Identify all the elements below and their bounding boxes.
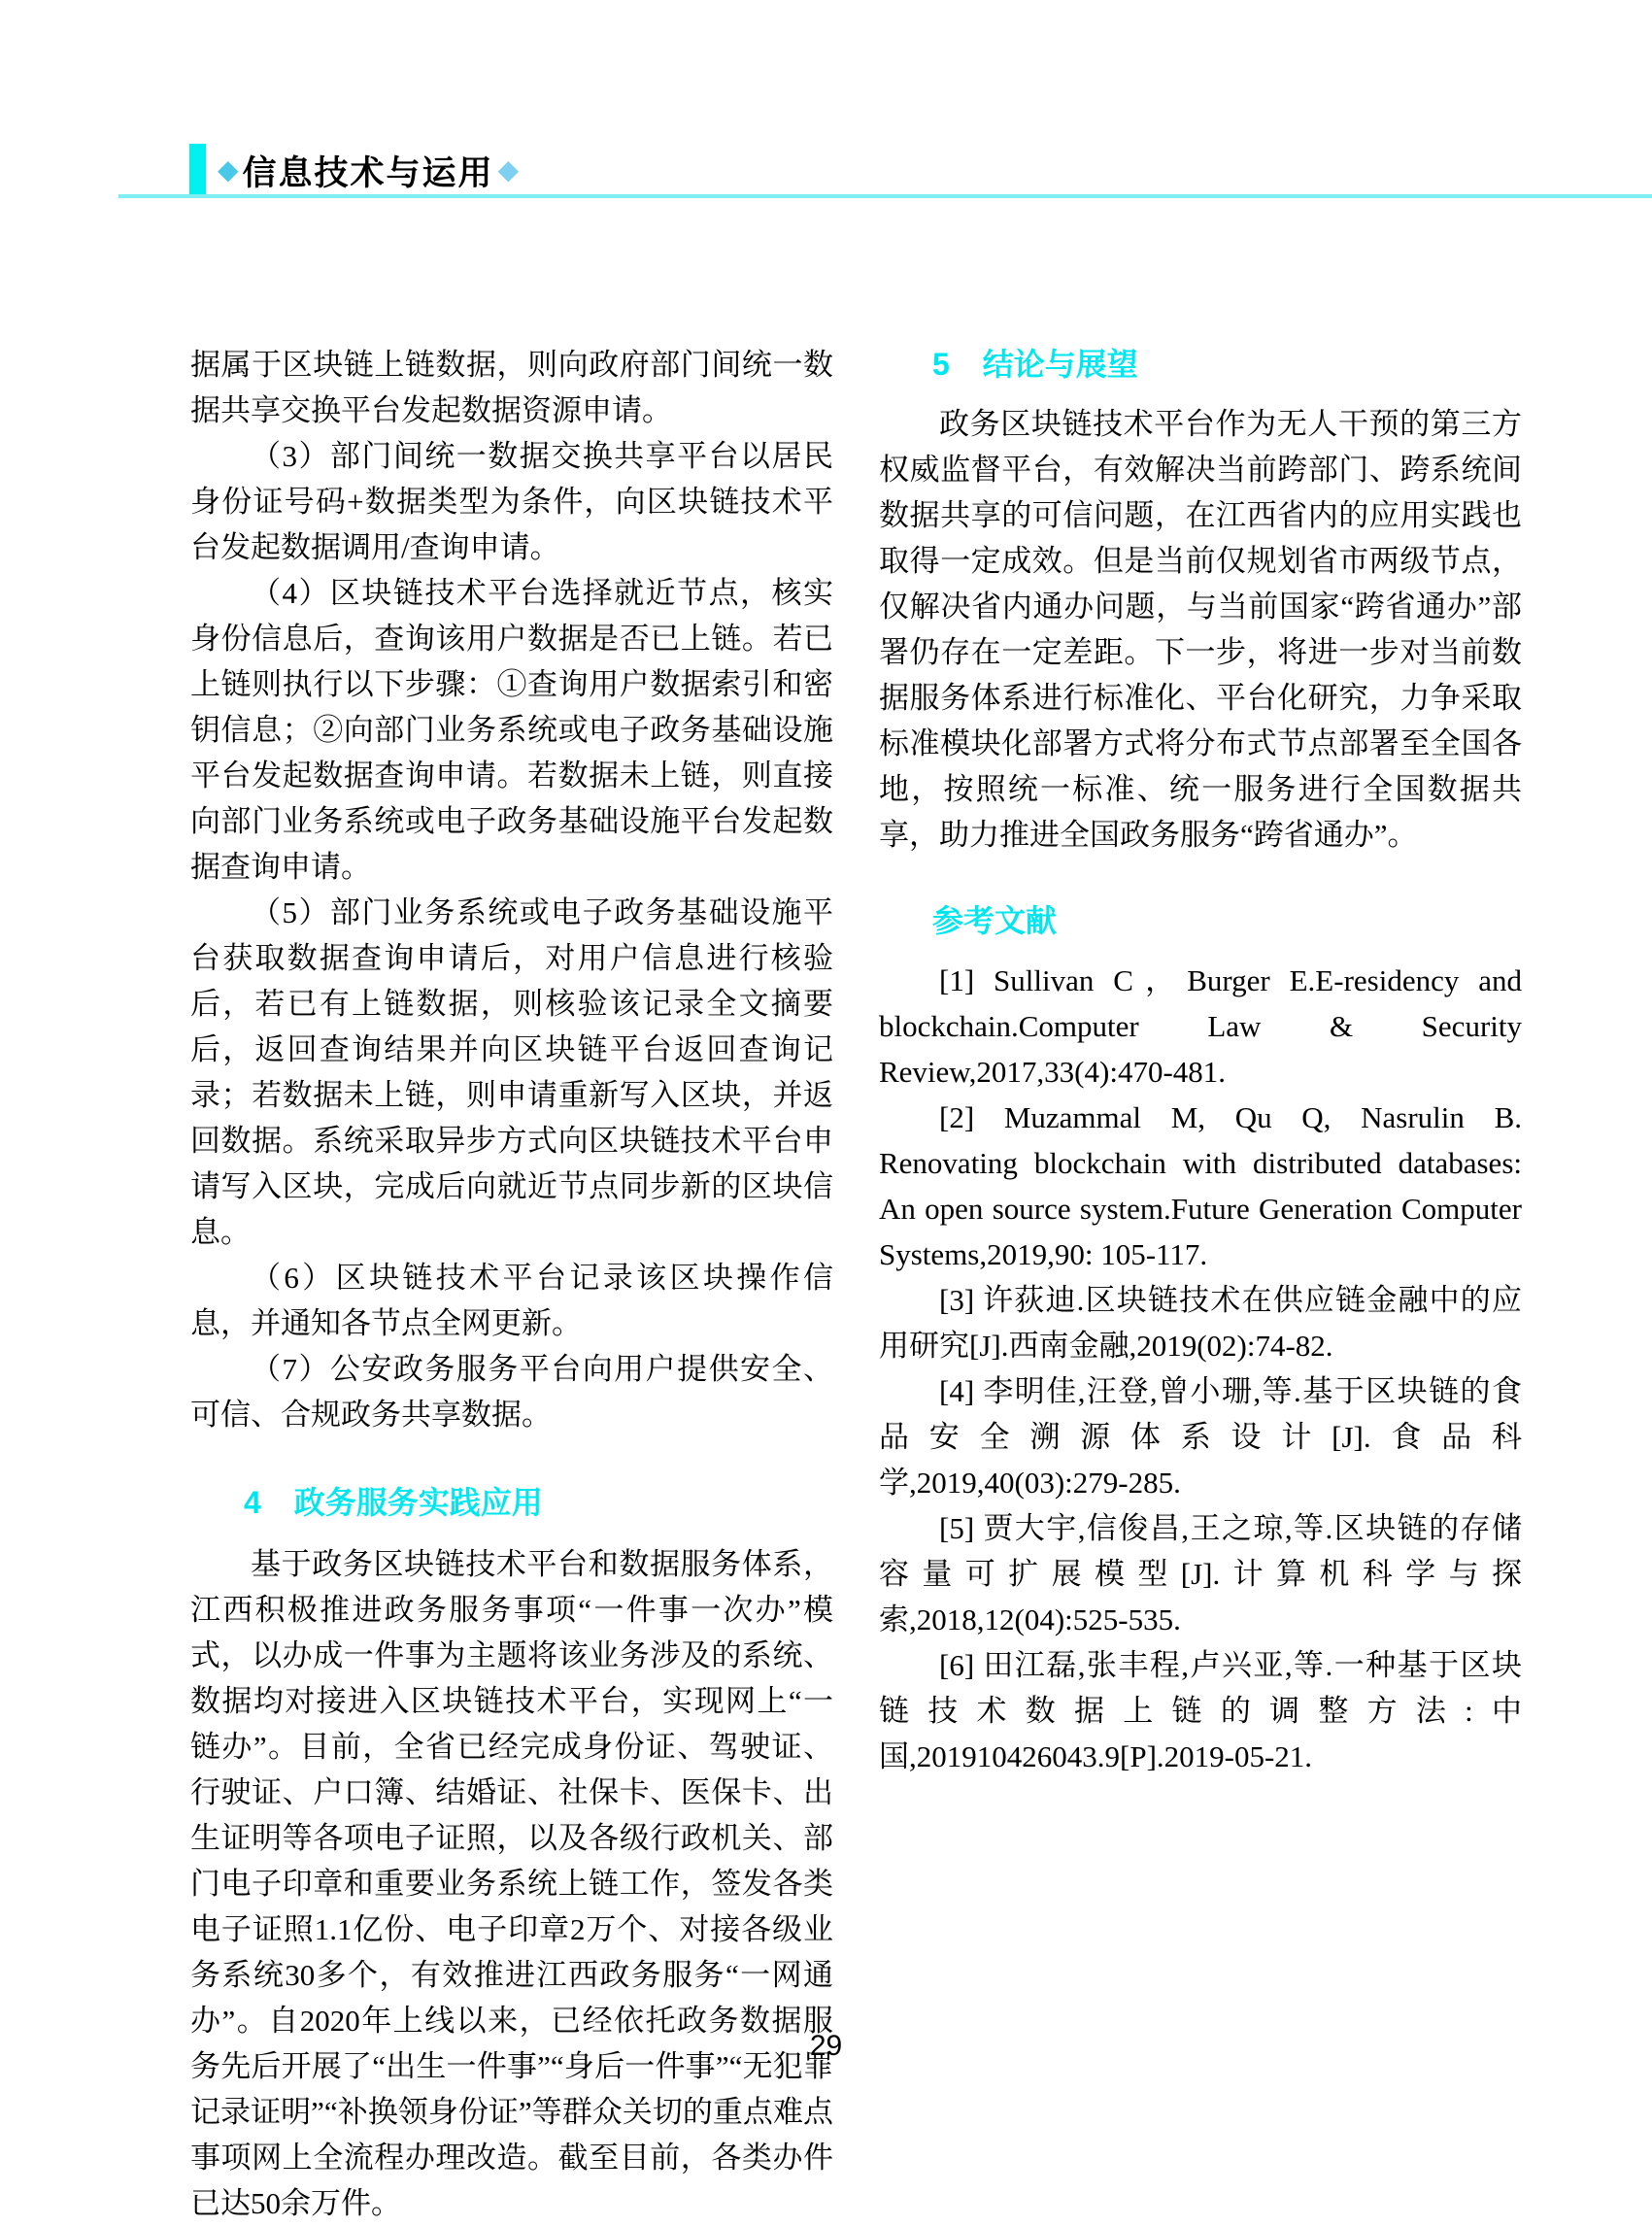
reference-item: [1] Sullivan C，Burger E.E-residency and … bbox=[879, 958, 1522, 1095]
reference-item: [4] 李明佳,汪登,曾小珊,等.基于区块链的食品安全溯源体系设计[J].食品科… bbox=[879, 1368, 1522, 1505]
continuation-paragraph: 据属于区块链上链数据，则向政府部门间统一数据共享交换平台发起数据资源申请。 bbox=[190, 342, 833, 433]
reference-item: [5] 贾大宇,信俊昌,王之琼,等.区块链的存储容量可扩展模型[J].计算机科学… bbox=[879, 1505, 1522, 1642]
header-accent-bar bbox=[189, 144, 206, 196]
body-paragraph: （6）区块链技术平台记录该区块操作信息，并通知各节点全网更新。 bbox=[190, 1255, 833, 1346]
left-column: 据属于区块链上链数据，则向政府部门间统一数据共享交换平台发起数据资源申请。 （3… bbox=[190, 342, 833, 2226]
reference-item: [3] 许荻迪.区块链技术在供应链金融中的应用研究[J].西南金融,2019(0… bbox=[879, 1277, 1522, 1368]
body-paragraph: 政务区块链技术平台作为无人干预的第三方权威监督平台，有效解决当前跨部门、跨系统间… bbox=[879, 401, 1522, 858]
reference-item: [6] 田江磊,张丰程,卢兴亚,等.一种基于区块链技术数据上链的调整方法:中国,… bbox=[879, 1642, 1522, 1779]
body-paragraph: 基于政务区块链技术平台和数据服务体系，江西积极推进政务服务事项“一件事一次办”模… bbox=[190, 1541, 833, 2226]
body-paragraph: （5）部门业务系统或电子政务基础设施平台获取数据查询申请后，对用户信息进行核验后… bbox=[190, 890, 833, 1255]
section-number: 5 bbox=[932, 347, 950, 382]
references-heading: 参考文献 bbox=[879, 898, 1522, 944]
right-column: 5结论与展望 政务区块链技术平台作为无人干预的第三方权威监督平台，有效解决当前跨… bbox=[879, 342, 1522, 1779]
section-title: 政务服务实践应用 bbox=[294, 1485, 543, 1520]
body-paragraph: （3）部门间统一数据交换共享平台以居民身份证号码+数据类型为条件，向区块链技术平… bbox=[190, 433, 833, 570]
section-number: 4 bbox=[244, 1485, 261, 1520]
section-title: 结论与展望 bbox=[983, 347, 1138, 382]
section-4-heading: 4政务服务实践应用 bbox=[190, 1480, 833, 1526]
journal-page: ◆ 信息技术与运用 ◆ 据属于区块链上链数据，则向政府部门间统一数据共享交换平台… bbox=[0, 0, 1652, 2226]
column-section-title: 信息技术与运用 bbox=[243, 147, 494, 195]
header-rule bbox=[118, 194, 1652, 198]
page-number: 29 bbox=[0, 2030, 1652, 2063]
diamond-icon: ◆ bbox=[498, 157, 520, 185]
section-5-heading: 5结论与展望 bbox=[879, 342, 1522, 388]
body-paragraph: （7）公安政务服务平台向用户提供安全、可信、合规政务共享数据。 bbox=[190, 1346, 833, 1437]
reference-item: [2] Muzammal M, Qu Q, Nasrulin B. Renova… bbox=[879, 1095, 1522, 1277]
diamond-icon: ◆ bbox=[218, 157, 239, 185]
header: ◆ 信息技术与运用 ◆ bbox=[218, 146, 519, 196]
body-paragraph: （4）区块链技术平台选择就近节点，核实身份信息后，查询该用户数据是否已上链。若已… bbox=[190, 570, 833, 890]
